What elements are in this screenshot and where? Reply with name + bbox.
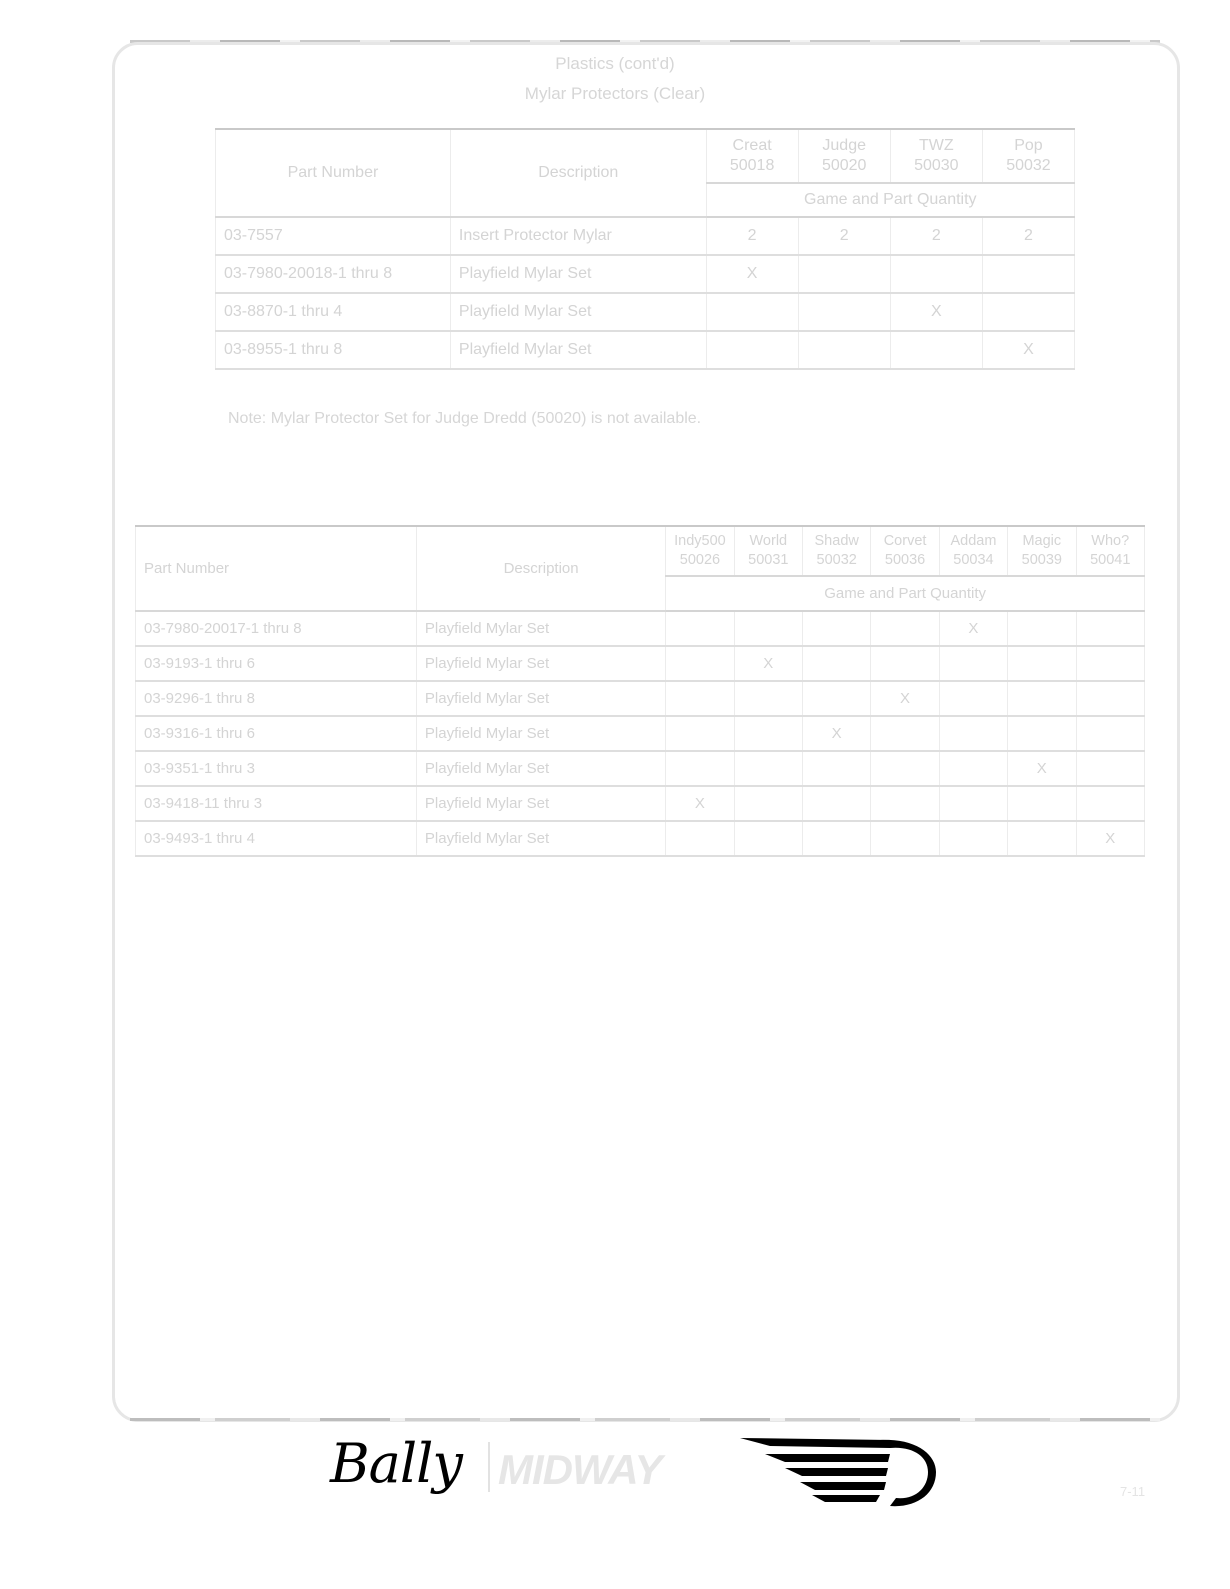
- quantity-cell: [666, 681, 734, 716]
- quantity-cell: [939, 786, 1007, 821]
- quantity-cell: [734, 681, 802, 716]
- table-row: 03-7980-20018-1 thru 8Playfield Mylar Se…: [216, 255, 1075, 293]
- table-row: 03-9351-1 thru 3Playfield Mylar SetX: [136, 751, 1145, 786]
- quantity-cell: [890, 255, 982, 293]
- description-cell: Playfield Mylar Set: [416, 786, 665, 821]
- table-row: 03-9316-1 thru 6Playfield Mylar SetX: [136, 716, 1145, 751]
- quantity-cell: [803, 681, 871, 716]
- quantity-cell: [1076, 681, 1145, 716]
- quantity-cell: [666, 751, 734, 786]
- description-cell: Playfield Mylar Set: [450, 293, 706, 331]
- quantity-cell: [798, 293, 890, 331]
- part-number-cell: 03-9418-11 thru 3: [136, 786, 417, 821]
- quantity-cell: [798, 255, 890, 293]
- table-row: 03-9193-1 thru 6Playfield Mylar SetX: [136, 646, 1145, 681]
- quantity-cell: [1008, 716, 1076, 751]
- midway-wordmark: MIDWAY: [498, 1446, 662, 1494]
- quantity-cell: [734, 716, 802, 751]
- header-game: Corvet50036: [871, 526, 939, 576]
- table-row: 03-9296-1 thru 8Playfield Mylar SetX: [136, 681, 1145, 716]
- quantity-cell: [803, 646, 871, 681]
- quantity-cell: [803, 821, 871, 856]
- table-row: 03-7980-20017-1 thru 8Playfield Mylar Se…: [136, 611, 1145, 646]
- description-cell: Playfield Mylar Set: [450, 331, 706, 369]
- part-number-cell: 03-9296-1 thru 8: [136, 681, 417, 716]
- quantity-cell: 2: [890, 217, 982, 255]
- description-cell: Playfield Mylar Set: [416, 751, 665, 786]
- header-description: Description: [450, 129, 706, 217]
- description-cell: Insert Protector Mylar: [450, 217, 706, 255]
- quantity-cell: [803, 751, 871, 786]
- quantity-cell: [890, 331, 982, 369]
- quantity-cell: [706, 331, 798, 369]
- quantity-cell: [939, 681, 1007, 716]
- quantity-cell: [1076, 716, 1145, 751]
- quantity-cell: [803, 611, 871, 646]
- header-part-number: Part Number: [136, 526, 417, 611]
- header-game: Who?50041: [1076, 526, 1145, 576]
- mylar-table-2: Part Number Description Indy50050026 Wor…: [135, 525, 1145, 857]
- part-number-cell: 03-7980-20018-1 thru 8: [216, 255, 451, 293]
- quantity-cell: [871, 786, 939, 821]
- quantity-cell: [1008, 646, 1076, 681]
- part-number-cell: 03-7980-20017-1 thru 8: [136, 611, 417, 646]
- quantity-cell: [871, 611, 939, 646]
- description-cell: Playfield Mylar Set: [416, 681, 665, 716]
- quantity-label: Game and Part Quantity: [706, 183, 1074, 217]
- header-game: World50031: [734, 526, 802, 576]
- quantity-cell: X: [1008, 751, 1076, 786]
- description-cell: Playfield Mylar Set: [450, 255, 706, 293]
- quantity-cell: [734, 821, 802, 856]
- logo-divider: [488, 1442, 490, 1492]
- quantity-cell: X: [939, 611, 1007, 646]
- table-row: 03-9493-1 thru 4Playfield Mylar SetX: [136, 821, 1145, 856]
- quantity-cell: [734, 611, 802, 646]
- quantity-cell: 2: [982, 217, 1074, 255]
- quantity-cell: X: [1076, 821, 1145, 856]
- quantity-cell: 2: [706, 217, 798, 255]
- winged-logo-icon: [740, 1432, 940, 1512]
- section-subtitle: Mylar Protectors (Clear): [0, 84, 1230, 104]
- quantity-cell: [734, 751, 802, 786]
- availability-note: Note: Mylar Protector Set for Judge Dred…: [228, 410, 701, 428]
- quantity-cell: 2: [798, 217, 890, 255]
- header-game: Magic50039: [1008, 526, 1076, 576]
- part-number-cell: 03-9493-1 thru 4: [136, 821, 417, 856]
- quantity-cell: [871, 821, 939, 856]
- part-number-cell: 03-9351-1 thru 3: [136, 751, 417, 786]
- quantity-cell: [1076, 751, 1145, 786]
- bally-script-wordmark: Bally: [330, 1432, 462, 1495]
- quantity-cell: [734, 786, 802, 821]
- quantity-cell: X: [982, 331, 1074, 369]
- quantity-cell: [1076, 786, 1145, 821]
- quantity-cell: [939, 821, 1007, 856]
- header-game: Judge50020: [798, 129, 890, 183]
- quantity-cell: [982, 255, 1074, 293]
- quantity-cell: X: [871, 681, 939, 716]
- quantity-cell: [666, 611, 734, 646]
- quantity-cell: X: [666, 786, 734, 821]
- table-row: 03-9418-11 thru 3Playfield Mylar SetX: [136, 786, 1145, 821]
- part-number-cell: 03-7557: [216, 217, 451, 255]
- header-game: Shadw50032: [803, 526, 871, 576]
- quantity-cell: X: [803, 716, 871, 751]
- description-cell: Playfield Mylar Set: [416, 611, 665, 646]
- description-cell: Playfield Mylar Set: [416, 716, 665, 751]
- bally-midway-logo: Bally MIDWAY: [330, 1432, 950, 1512]
- quantity-cell: [666, 646, 734, 681]
- quantity-cell: X: [890, 293, 982, 331]
- quantity-cell: [666, 821, 734, 856]
- table-row: 03-8955-1 thru 8Playfield Mylar SetX: [216, 331, 1075, 369]
- quantity-cell: [1076, 611, 1145, 646]
- quantity-cell: [982, 293, 1074, 331]
- quantity-cell: X: [734, 646, 802, 681]
- quantity-cell: [666, 716, 734, 751]
- part-number-cell: 03-9193-1 thru 6: [136, 646, 417, 681]
- header-part-number: Part Number: [216, 129, 451, 217]
- page-number: 7-11: [1120, 1484, 1145, 1499]
- part-number-cell: 03-9316-1 thru 6: [136, 716, 417, 751]
- quantity-cell: [1008, 681, 1076, 716]
- description-cell: Playfield Mylar Set: [416, 646, 665, 681]
- quantity-cell: [939, 751, 1007, 786]
- header-game: Indy50050026: [666, 526, 734, 576]
- header-game: Pop50032: [982, 129, 1074, 183]
- header-game: Creat50018: [706, 129, 798, 183]
- description-cell: Playfield Mylar Set: [416, 821, 665, 856]
- quantity-cell: [939, 716, 1007, 751]
- quantity-label: Game and Part Quantity: [666, 576, 1145, 611]
- quantity-cell: X: [706, 255, 798, 293]
- header-description: Description: [416, 526, 665, 611]
- section-title: Plastics (cont'd): [0, 54, 1230, 74]
- quantity-cell: [1008, 786, 1076, 821]
- table-row: 03-8870-1 thru 4Playfield Mylar SetX: [216, 293, 1075, 331]
- quantity-cell: [1076, 646, 1145, 681]
- quantity-cell: [706, 293, 798, 331]
- quantity-cell: [798, 331, 890, 369]
- quantity-cell: [1008, 821, 1076, 856]
- quantity-cell: [1008, 611, 1076, 646]
- part-number-cell: 03-8955-1 thru 8: [216, 331, 451, 369]
- mylar-table-1: Part Number Description Creat50018 Judge…: [215, 128, 1075, 370]
- header-game: Addam50034: [939, 526, 1007, 576]
- quantity-cell: [803, 786, 871, 821]
- quantity-cell: [871, 716, 939, 751]
- header-game: TWZ50030: [890, 129, 982, 183]
- page-border-bottom: [130, 1418, 1160, 1421]
- quantity-cell: [939, 646, 1007, 681]
- table-row: 03-7557Insert Protector Mylar2222: [216, 217, 1075, 255]
- quantity-cell: [871, 646, 939, 681]
- part-number-cell: 03-8870-1 thru 4: [216, 293, 451, 331]
- quantity-cell: [871, 751, 939, 786]
